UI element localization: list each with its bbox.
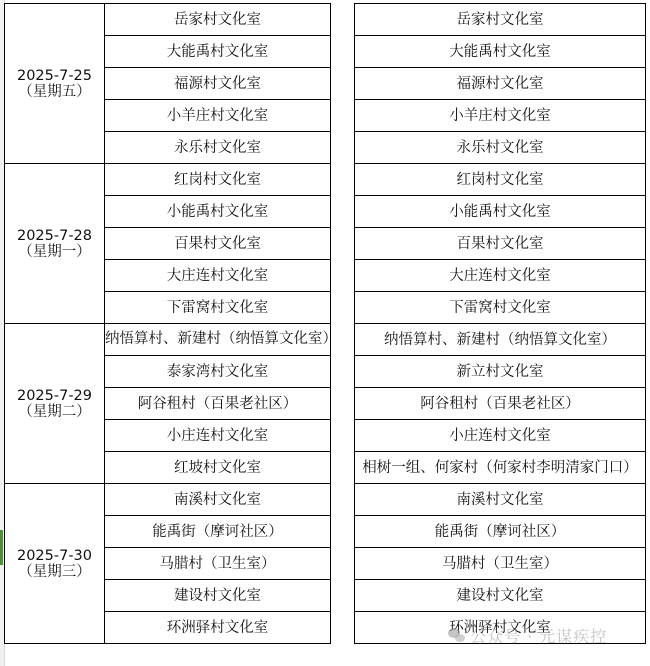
site-cell[interactable]: 下雷窝村文化室 — [355, 292, 646, 324]
site-cell[interactable]: 泰家湾村文化室 — [105, 356, 331, 388]
table-row: 小羊庄村文化室 — [355, 100, 646, 132]
site-cell[interactable]: 新立村文化室 — [355, 356, 646, 388]
table-row: 2025-7-25 （星期五） 岳家村文化室 — [5, 4, 331, 36]
site-cell[interactable]: 相树一组、何家村（何家村李明清家门口） — [355, 452, 646, 484]
site-cell[interactable]: 岳家村文化室 — [355, 4, 646, 36]
site-cell[interactable]: 小羊庄村文化室 — [355, 100, 646, 132]
weekday-text: （星期二） — [5, 404, 104, 420]
date-text: 2025-7-29 — [5, 388, 104, 404]
table-row: 纳悟算村、新建村（纳悟算文化室） — [355, 324, 646, 356]
schedule-table-left: 2025-7-25 （星期五） 岳家村文化室 大能禹村文化室 福源村文化室 小羊… — [4, 3, 331, 644]
site-cell[interactable]: 南溪村文化室 — [355, 484, 646, 516]
site-cell[interactable]: 环洲驿村文化室 — [355, 612, 646, 644]
table-row: 建设村文化室 — [355, 580, 646, 612]
table-row: 相树一组、何家村（何家村李明清家门口） — [355, 452, 646, 484]
site-cell[interactable]: 纳悟算村、新建村（纳悟算文化室） — [105, 324, 331, 356]
site-cell[interactable]: 百果村文化室 — [355, 228, 646, 260]
weekday-text: （星期三） — [5, 564, 104, 580]
site-cell[interactable]: 小庄连村文化室 — [355, 420, 646, 452]
site-cell[interactable]: 南溪村文化室 — [105, 484, 331, 516]
date-cell[interactable]: 2025-7-30 （星期三） — [5, 484, 105, 644]
site-cell[interactable]: 马腊村（卫生室） — [355, 548, 646, 580]
table-row: 大能禹村文化室 — [355, 36, 646, 68]
site-cell[interactable]: 能禹街（摩诃社区） — [355, 516, 646, 548]
table-row: 2025-7-28 （星期一） 红岗村文化室 — [5, 164, 331, 196]
weekday-text: （星期一） — [5, 244, 104, 260]
table-row: 下雷窝村文化室 — [355, 292, 646, 324]
table-row: 2025-7-30 （星期三） 南溪村文化室 — [5, 484, 331, 516]
site-cell[interactable]: 红坡村文化室 — [105, 452, 331, 484]
date-cell[interactable]: 2025-7-29 （星期二） — [5, 324, 105, 484]
table-row: 小能禹村文化室 — [355, 196, 646, 228]
table-row: 红岗村文化室 — [355, 164, 646, 196]
site-cell[interactable]: 小羊庄村文化室 — [105, 100, 331, 132]
date-cell[interactable]: 2025-7-28 （星期一） — [5, 164, 105, 324]
site-cell[interactable]: 马腊村（卫生室） — [105, 548, 331, 580]
site-cell[interactable]: 大庄连村文化室 — [105, 260, 331, 292]
site-cell[interactable]: 建设村文化室 — [355, 580, 646, 612]
site-cell[interactable]: 大能禹村文化室 — [105, 36, 331, 68]
site-cell[interactable]: 建设村文化室 — [105, 580, 331, 612]
table-row: 2025-7-29 （星期二） 纳悟算村、新建村（纳悟算文化室） — [5, 324, 331, 356]
site-cell[interactable]: 百果村文化室 — [105, 228, 331, 260]
table-row: 南溪村文化室 — [355, 484, 646, 516]
site-cell[interactable]: 大能禹村文化室 — [355, 36, 646, 68]
date-cell[interactable]: 2025-7-25 （星期五） — [5, 4, 105, 164]
date-text: 2025-7-28 — [5, 228, 104, 244]
site-cell[interactable]: 永乐村文化室 — [355, 132, 646, 164]
site-cell[interactable]: 永乐村文化室 — [105, 132, 331, 164]
table-row: 环洲驿村文化室 — [355, 612, 646, 644]
site-cell[interactable]: 环洲驿村文化室 — [105, 612, 331, 644]
table-row: 永乐村文化室 — [355, 132, 646, 164]
site-cell[interactable]: 小庄连村文化室 — [105, 420, 331, 452]
date-text: 2025-7-25 — [5, 68, 104, 84]
site-cell[interactable]: 红岗村文化室 — [105, 164, 331, 196]
table-row: 能禹街（摩诃社区） — [355, 516, 646, 548]
table-row: 小庄连村文化室 — [355, 420, 646, 452]
date-text: 2025-7-30 — [5, 548, 104, 564]
site-cell[interactable]: 能禹街（摩诃社区） — [105, 516, 331, 548]
table-row: 福源村文化室 — [355, 68, 646, 100]
table-row: 马腊村（卫生室） — [355, 548, 646, 580]
site-cell[interactable]: 红岗村文化室 — [355, 164, 646, 196]
site-cell[interactable]: 小能禹村文化室 — [105, 196, 331, 228]
table-row: 大庄连村文化室 — [355, 260, 646, 292]
table-row: 新立村文化室 — [355, 356, 646, 388]
site-cell[interactable]: 小能禹村文化室 — [355, 196, 646, 228]
site-cell[interactable]: 阿谷租村（百果老社区） — [355, 388, 646, 420]
row-selection-marker — [0, 530, 3, 565]
schedule-table-right: 岳家村文化室 大能禹村文化室 福源村文化室 小羊庄村文化室 永乐村文化室 红岗村… — [354, 3, 646, 644]
site-cell[interactable]: 阿谷租村（百果老社区） — [105, 388, 331, 420]
site-cell[interactable]: 福源村文化室 — [355, 68, 646, 100]
site-cell[interactable]: 福源村文化室 — [105, 68, 331, 100]
site-cell[interactable]: 纳悟算村、新建村（纳悟算文化室） — [355, 324, 646, 356]
site-cell[interactable]: 下雷窝村文化室 — [105, 292, 331, 324]
site-cell[interactable]: 岳家村文化室 — [105, 4, 331, 36]
table-row: 岳家村文化室 — [355, 4, 646, 36]
table-row: 阿谷租村（百果老社区） — [355, 388, 646, 420]
weekday-text: （星期五） — [5, 84, 104, 100]
table-row: 百果村文化室 — [355, 228, 646, 260]
site-cell[interactable]: 大庄连村文化室 — [355, 260, 646, 292]
